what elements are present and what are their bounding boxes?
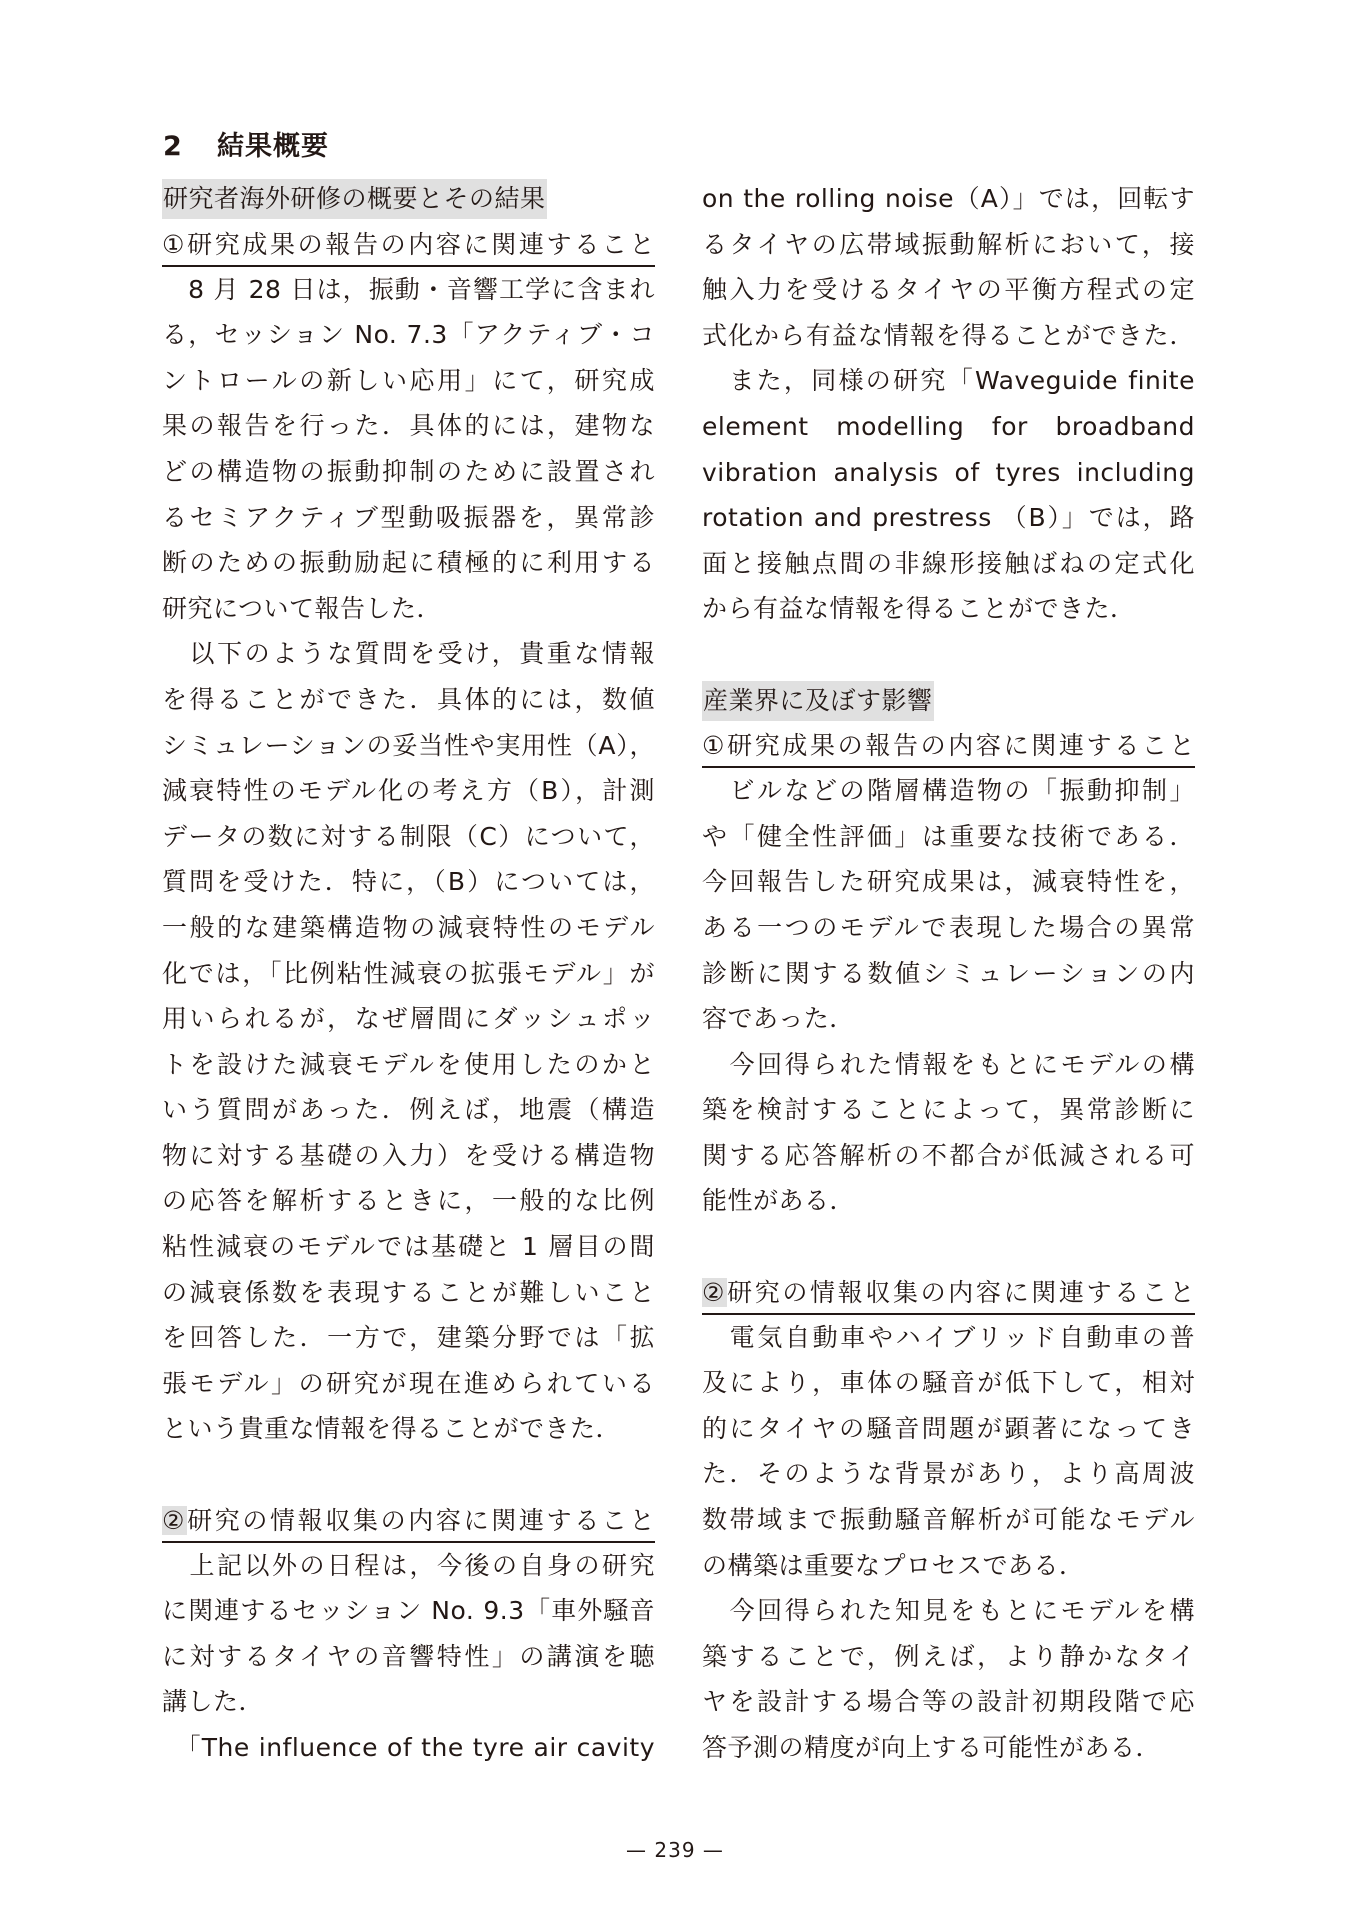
text-line: 今回得られた知見をもとにモデルを構 (702, 1588, 1195, 1634)
text-line: 触入力を受けるタイヤの平衡方程式の定 (702, 267, 1195, 313)
text-line: また，同様の研究「Waveguide finite (702, 358, 1195, 404)
text-line: 電気自動車やハイブリッド自動車の普 (702, 1315, 1195, 1361)
text-line: 質問を受けた．特に，（B）については， (162, 859, 655, 905)
text-line: 8 月 28 日は，振動・音響工学に含まれ (162, 267, 655, 313)
text-line: を得ることができた．具体的には，数値 (162, 677, 655, 723)
text-line: 上記以外の日程は，今後の自身の研究 (162, 1543, 655, 1589)
spacer (702, 632, 1195, 678)
spacer (702, 1224, 1195, 1270)
paragraph-importance: ビルなどの階層構造物の「振動抑制」 や「健全性評価」は重要な技術である． 今回報… (702, 768, 1195, 1042)
text-line: どの構造物の振動抑制のために設置され (162, 449, 655, 495)
text-line: 診断に関する数値シミュレーションの内 (702, 951, 1195, 997)
text-line: 今回報告した研究成果は，減衰特性を， (702, 859, 1195, 905)
subheading-info-collection: ②研究の情報収集の内容に関連すること (702, 1270, 1195, 1315)
text-line: 用いられるが，なぜ層間にダッシュポッ (162, 996, 655, 1042)
text-line: 断のための振動励起に積極的に利用する (162, 540, 655, 586)
section-number: 2 (163, 131, 217, 162)
text-line: ヤを設計する場合等の設計初期段階で応 (702, 1679, 1195, 1725)
text-line: 能性がある． (702, 1178, 1195, 1224)
text-line: の構築は重要なプロセスである． (702, 1543, 1195, 1589)
text-line: 関する応答解析の不都合が低減される可 (702, 1133, 1195, 1179)
heading-box-line: 産業界に及ぼす影響 (702, 678, 1195, 724)
subheading-research-report: ①研究成果の報告の内容に関連すること (702, 723, 1195, 768)
text-line: た．そのような背景があり，より高周波 (702, 1451, 1195, 1497)
subheading-info-collection: ②研究の情報収集の内容に関連すること (162, 1498, 655, 1543)
text-line: という貴重な情報を得ることができた． (162, 1406, 655, 1452)
text-line: 面と接触点間の非線形接触ばねの定式化 (702, 541, 1195, 587)
text-line: の減衰係数を表現することが難しいこと (162, 1270, 655, 1316)
text-line: 粘性減衰のモデルでは基礎と 1 層目の間 (162, 1224, 655, 1270)
text-line: 的にタイヤの騒音問題が顕著になってき (702, 1406, 1195, 1452)
text-line: から有益な情報を得ることができた． (702, 586, 1195, 632)
paragraph-report: 8 月 28 日は，振動・音響工学に含まれ る，セッション No. 7.3「アク… (162, 267, 655, 632)
left-column: 研究者海外研修の概要とその結果 ①研究成果の報告の内容に関連すること 8 月 2… (162, 176, 655, 1771)
paragraph-tyre-studies: on the rolling noise（A）」では，回転す るタイヤの広帯域振… (702, 176, 1195, 632)
document-page: 2結果概要 研究者海外研修の概要とその結果 ①研究成果の報告の内容に関連すること… (0, 0, 1350, 1909)
paragraph-design-prediction: 今回得られた知見をもとにモデルを構 築することで，例えば，より静かなタイ ヤを設… (702, 1588, 1195, 1770)
text-line: や「健全性評価」は重要な技術である． (702, 814, 1195, 860)
text-line: シミュレーションの妥当性や実用性（A）， (162, 723, 655, 769)
text-line: トを設けた減衰モデルを使用したのかと (162, 1042, 655, 1088)
text-line: vibration analysis of tyres including (702, 450, 1195, 496)
paragraph-ev-noise: 電気自動車やハイブリッド自動車の普 及により，車体の騒音が低下して，相対 的にタ… (702, 1315, 1195, 1589)
text-line: る，セッション No. 7.3「アクティブ・コ (162, 312, 655, 358)
text-line: ある一つのモデルで表現した場合の異常 (702, 905, 1195, 951)
heading-overseas-training: 研究者海外研修の概要とその結果 (162, 179, 547, 219)
text-line: on the rolling noise（A）」では，回転す (702, 176, 1195, 222)
text-line: 築することで，例えば，より静かなタイ (702, 1634, 1195, 1680)
heading-box-line: 研究者海外研修の概要とその結果 (162, 176, 655, 222)
text-line: 今回得られた情報をもとにモデルの構 (702, 1042, 1195, 1088)
text-line: 張モデル」の研究が現在進められている (162, 1361, 655, 1407)
subheading-text: 研究の情報収集の内容に関連すること (187, 1506, 655, 1535)
text-line: 減衰特性のモデル化の考え方（B），計測 (162, 768, 655, 814)
text-line: 式化から有益な情報を得ることができた． (702, 313, 1195, 359)
text-line: を回答した．一方で，建築分野では「拡 (162, 1315, 655, 1361)
text-line: ビルなどの階層構造物の「振動抑制」 (702, 768, 1195, 814)
text-line: 物に対する基礎の入力）を受ける構造物 (162, 1133, 655, 1179)
text-line: 果の報告を行った．具体的には，建物な (162, 403, 655, 449)
text-line: 講した． (162, 1679, 655, 1725)
text-line: データの数に対する制限（C）について， (162, 814, 655, 860)
text-line: の応答を解析するときに，一般的な比例 (162, 1178, 655, 1224)
text-line: 以下のような質問を受け，貴重な情報 (162, 631, 655, 677)
subheading-research-report: ①研究成果の報告の内容に関連すること (162, 222, 655, 267)
heading-industry-impact: 産業界に及ぼす影響 (702, 681, 934, 721)
text-line: に対するタイヤの音響特性」の講演を聴 (162, 1634, 655, 1680)
text-line: るセミアクティブ型動吸振器を，異常診 (162, 495, 655, 541)
paragraph-questions: 以下のような質問を受け，貴重な情報 を得ることができた．具体的には，数値 シミュ… (162, 631, 655, 1452)
text-line: 数帯域まで振動騒音解析が可能なモデル (702, 1497, 1195, 1543)
right-column: on the rolling noise（A）」では，回転す るタイヤの広帯域振… (702, 176, 1195, 1771)
text-line: rotation and prestress （B）」では，路 (702, 495, 1195, 541)
text-line: 及により，車体の騒音が低下して，相対 (702, 1360, 1195, 1406)
text-line: element modelling for broadband (702, 404, 1195, 450)
subheading-text: 研究の情報収集の内容に関連すること (727, 1278, 1195, 1307)
text-line: 一般的な建築構造物の減衰特性のモデル (162, 905, 655, 951)
paragraph-sessions: 上記以外の日程は，今後の自身の研究 に関連するセッション No. 9.3「車外騒… (162, 1543, 655, 1771)
text-line: 化では，「比例粘性減衰の拡張モデル」が (162, 951, 655, 997)
paragraph-model-construction: 今回得られた情報をもとにモデルの構 築を検討することによって，異常診断に 関する… (702, 1042, 1195, 1224)
text-line: るタイヤの広帯域振動解析において，接 (702, 222, 1195, 268)
section-heading: 2結果概要 (163, 124, 329, 163)
text-line: 築を検討することによって，異常診断に (702, 1087, 1195, 1133)
page-number: — 239 — (0, 1838, 1350, 1862)
text-line: 「The influence of the tyre air cavity (162, 1725, 655, 1771)
spacer (162, 1452, 655, 1498)
text-line: に関連するセッション No. 9.3「車外騒音 (162, 1588, 655, 1634)
section-title-text: 結果概要 (217, 131, 329, 162)
circled-number-2: ② (162, 1506, 187, 1535)
circled-number-2: ② (702, 1278, 727, 1307)
text-line: ントロールの新しい応用」にて，研究成 (162, 358, 655, 404)
text-line: いう質問があった．例えば，地震（構造 (162, 1087, 655, 1133)
text-line: 研究について報告した． (162, 586, 655, 632)
text-line: 答予測の精度が向上する可能性がある． (702, 1725, 1195, 1771)
text-line: 容であった． (702, 996, 1195, 1042)
